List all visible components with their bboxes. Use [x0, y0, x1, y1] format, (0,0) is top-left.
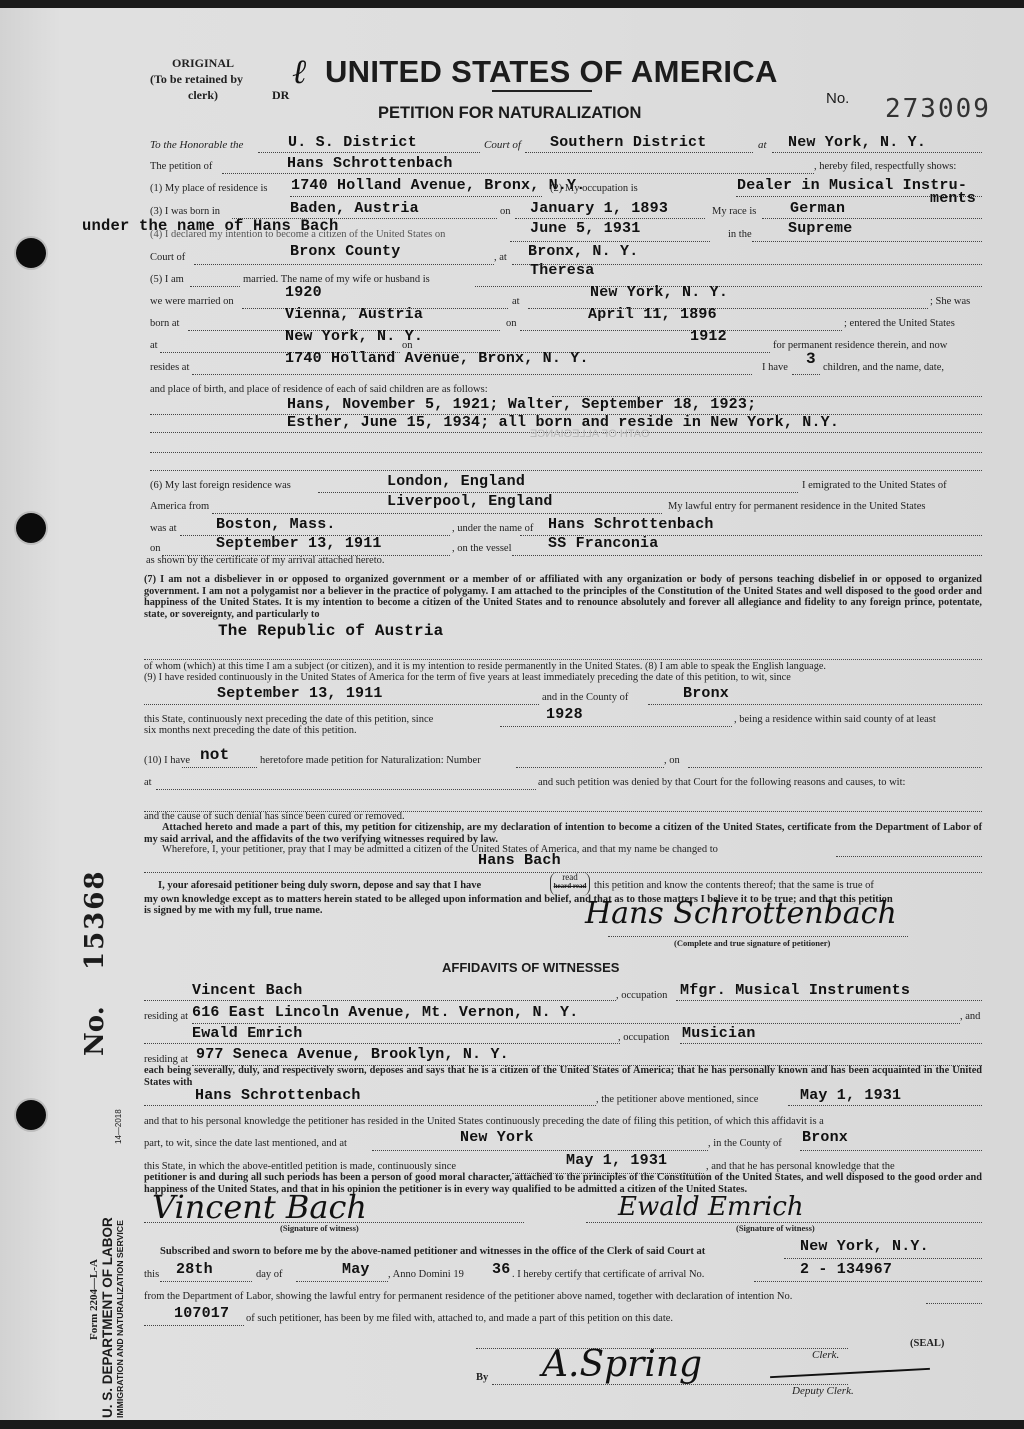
- heard-read-option-struck: heard read: [551, 882, 589, 890]
- married-at-label: at: [512, 296, 520, 307]
- clerk-label: clerk): [188, 88, 218, 103]
- residence-label: (1) My place of residence is: [150, 183, 268, 194]
- emigrated-label: I emigrated to the United States of: [802, 480, 947, 491]
- spouse-residence: 1740 Holland Avenue, Bronx, N. Y.: [285, 350, 589, 367]
- petitioner-signature: Hans Schrottenbach: [585, 896, 897, 931]
- original-label: ORIGINAL: [172, 56, 234, 71]
- seal-label: (SEAL): [910, 1338, 944, 1349]
- witness-1-occupation-label: , occupation: [616, 990, 667, 1001]
- entry-on-label-2: on: [150, 543, 161, 554]
- title-rule: [492, 90, 592, 92]
- county-value: Bronx: [683, 685, 729, 702]
- emigrated-from: Liverpool, England: [387, 493, 553, 510]
- denied-label: and such petition was denied by that Cou…: [538, 777, 905, 788]
- birth-date-value: January 1, 1893: [530, 200, 668, 217]
- court-type: U. S. District: [288, 134, 417, 151]
- spouse-birth-date: April 11, 1896: [588, 306, 717, 323]
- affidavit-petitioner-name: Hans Schrottenbach: [195, 1087, 361, 1104]
- last-residence-label: (6) My last foreign residence was: [150, 480, 291, 491]
- state-suffix: , and that he has personal knowledge tha…: [706, 1161, 895, 1172]
- prior-at-label: at: [144, 777, 152, 788]
- certify-label: . I hereby certify that certificate of a…: [512, 1269, 704, 1280]
- witness-2-signature-caption: (Signature of witness): [736, 1223, 815, 1233]
- state-since-label: this State, continuously next preceding …: [144, 714, 433, 725]
- spouse-born-label: born at: [150, 318, 179, 329]
- race-value: German: [790, 200, 845, 217]
- petition-number: 273009: [885, 94, 991, 124]
- children-line-1: Hans, November 5, 1921; Walter, Septembe…: [287, 396, 756, 413]
- allegiance-paragraph: (7) I am not a disbeliever in or opposed…: [144, 574, 982, 620]
- court-of-label: Court of: [484, 139, 521, 151]
- being-label: , being a residence within said county o…: [734, 714, 936, 725]
- court-district: Southern District: [550, 134, 706, 151]
- six-months-label: six months next preceding the date of th…: [144, 725, 357, 736]
- witness-2-address: 977 Seneca Avenue, Brooklyn, N. Y.: [196, 1046, 509, 1063]
- department-name: U. S. DEPARTMENT OF LABOR: [100, 1217, 115, 1418]
- jurat-place: New York, N.Y.: [800, 1238, 929, 1255]
- witness-1-residing-label: residing at: [144, 1011, 188, 1022]
- vessel-label: , on the vessel: [452, 543, 512, 554]
- attached-paragraph: Attached hereto and made a part of this,…: [144, 822, 982, 845]
- from-department-label: from the Department of Labor, showing th…: [144, 1291, 792, 1302]
- read-heard-bracket: read heard read: [550, 872, 590, 896]
- bleed-through-text: OATH OF ALLEGIANCE: [530, 428, 650, 440]
- witness-1-name: Vincent Bach: [192, 982, 302, 999]
- naturalization-petition-page: ORIGINAL (To be retained by clerk) DR ℓ …: [0, 8, 1024, 1420]
- spouse-name-label: married. The name of my wife or husband …: [243, 274, 430, 285]
- affidavits-title: AFFIDAVITS OF WITNESSES: [442, 960, 619, 975]
- witness-1-address: 616 East Lincoln Avenue, Mt. Vernon, N. …: [192, 1004, 578, 1021]
- resides-label: resides at: [150, 362, 189, 373]
- number-label: No.: [826, 90, 849, 107]
- by-label: By: [476, 1372, 488, 1383]
- clerk-signature-flourish: [770, 1368, 930, 1378]
- children-count: 3: [806, 350, 816, 368]
- residence-statement: (9) I have resided continuously in the U…: [144, 672, 982, 684]
- to-honorable-label: To the Honorable the: [150, 139, 243, 151]
- was-at-label: was at: [150, 523, 177, 534]
- entered-at-label: at: [150, 340, 158, 351]
- print-code: 14—2018: [114, 1109, 123, 1144]
- state-since-label-2: this State, in which the above-entitled …: [144, 1161, 456, 1172]
- children-label: children, and the name, date,: [823, 362, 944, 373]
- america-from-label: America from: [150, 501, 209, 512]
- married-label: (5) I am: [150, 274, 184, 285]
- jurat-day: 28th: [176, 1261, 213, 1278]
- oath-prefix: I, your aforesaid petitioner being duly …: [158, 880, 481, 891]
- anno-domini-label: , Anno Domini 19: [388, 1269, 464, 1280]
- declaration-place: Bronx, N. Y.: [528, 243, 638, 260]
- witness-1-signature: Vincent Bach: [152, 1188, 367, 1226]
- court-of-label-2: Court of: [150, 252, 185, 263]
- sovereign-value: The Republic of Austria: [218, 622, 443, 640]
- i-have-label: I have: [762, 362, 788, 373]
- witness-sworn-paragraph: each being severally, duly, and respecti…: [144, 1065, 982, 1088]
- document-subtitle: PETITION FOR NATURALIZATION: [378, 104, 641, 123]
- jurat-month: May: [342, 1261, 370, 1278]
- wherefore-label: Wherefore, I, your petitioner, pray that…: [162, 844, 718, 855]
- born-label: (3) I was born in: [150, 206, 220, 217]
- read-option: read: [551, 872, 589, 882]
- spouse-on-label: on: [506, 318, 517, 329]
- subject-statement: of whom (which) at this time I am a subj…: [144, 661, 982, 673]
- at-label: at: [758, 139, 767, 151]
- form-number: Form 2204—L-A: [88, 1259, 100, 1340]
- subscribed-label: Subscribed and sworn to before me by the…: [160, 1246, 705, 1257]
- marriage-place: New York, N. Y.: [590, 284, 728, 301]
- race-label: My race is: [712, 206, 756, 217]
- court-location: New York, N. Y.: [788, 134, 926, 151]
- county-label: and in the County of: [542, 692, 628, 703]
- prior-have-label: (10) I have: [144, 755, 190, 766]
- entry-name: Hans Schrottenbach: [548, 516, 714, 533]
- oath-line-3: is signed by me with my full, true name.: [144, 905, 323, 916]
- witness-2-occupation-label: , occupation: [618, 1032, 669, 1043]
- us-residence-since: September 13, 1911: [217, 685, 383, 702]
- marriage-date: 1920: [285, 284, 322, 301]
- occupation-label: (2) My occupation is: [550, 183, 638, 194]
- entry-port: Boston, Mass.: [216, 516, 336, 533]
- petitioner-name: Hans Schrottenbach: [287, 155, 453, 172]
- file-number-label: No.: [80, 1006, 110, 1056]
- certificate-label: as shown by the certificate of my arriva…: [146, 555, 384, 566]
- heretofore-label: heretofore made petition for Naturalizat…: [260, 755, 481, 766]
- and-label: , and: [960, 1011, 980, 1022]
- punch-hole: [16, 513, 46, 543]
- petitioner-signature-caption: (Complete and true signature of petition…: [674, 938, 830, 948]
- known-since-value: May 1, 1931: [800, 1087, 901, 1104]
- certificate-number: 2 - 134967: [800, 1261, 892, 1278]
- service-name: IMMIGRATION AND NATURALIZATION SERVICE: [115, 1220, 125, 1418]
- clerk-label: Clerk.: [812, 1349, 839, 1361]
- birthplace-value: Baden, Austria: [290, 200, 419, 217]
- affidavit-county-label: , in the County of: [708, 1138, 782, 1149]
- witness-2-name: Ewald Emrich: [192, 1025, 302, 1042]
- witness-2-signature: Ewald Emrich: [618, 1192, 804, 1222]
- witness-1-signature-caption: (Signature of witness): [280, 1223, 359, 1233]
- declaration-date: June 5, 1931: [530, 220, 640, 237]
- this-label: this: [144, 1269, 159, 1280]
- in-the-label: in the: [728, 229, 752, 240]
- filed-label: , hereby filed, respectfully shows:: [814, 161, 956, 172]
- county-since: 1928: [546, 706, 583, 723]
- declaration-county: Bronx County: [290, 243, 400, 260]
- clerk-signature: A.Spring: [542, 1344, 702, 1385]
- residence-value: 1740 Holland Avenue, Bronx, N.Y.: [291, 177, 585, 194]
- spouse-birthplace: Vienna, Austria: [285, 306, 423, 323]
- petition-of-label: The petition of: [150, 161, 212, 172]
- jurat-year: 36: [492, 1261, 510, 1278]
- witness-2-occupation: Musician: [682, 1025, 756, 1042]
- affidavit-place: New York: [460, 1129, 534, 1146]
- on-label: on: [500, 206, 511, 217]
- witness-1-occupation: Mfgr. Musical Instruments: [680, 982, 910, 999]
- she-was-label: ; She was: [930, 296, 970, 307]
- state-since-value: May 1, 1931: [566, 1152, 667, 1169]
- entry-date: September 13, 1911: [216, 535, 382, 552]
- part-to-wit-label: part, to wit, since the date last mentio…: [144, 1138, 347, 1149]
- spouse-name: Theresa: [530, 262, 594, 279]
- declared-label: (4) I declared my intention to become a …: [150, 229, 445, 240]
- married-on-label: we were married on: [150, 296, 234, 307]
- day-of-label: day of: [256, 1269, 283, 1280]
- punch-hole: [16, 238, 46, 268]
- declaration-number: 107017: [174, 1305, 229, 1322]
- permanent-label: for permanent residence therein, and now: [773, 340, 947, 351]
- prior-on-label: , on: [664, 755, 680, 766]
- affidavit-county: Bronx: [802, 1129, 848, 1146]
- last-residence: London, England: [387, 473, 525, 490]
- children-intro: and place of birth, and place of residen…: [150, 384, 488, 395]
- retained-label: (To be retained by: [150, 72, 243, 87]
- prior-have-value: not: [200, 746, 229, 764]
- dr-mark: DR: [272, 88, 289, 103]
- punch-hole: [16, 1100, 46, 1130]
- under-name-label: , under the name of: [452, 523, 533, 534]
- known-since-label: , the petitioner above mentioned, since: [596, 1094, 758, 1105]
- declaration-court: Supreme: [788, 220, 852, 237]
- deputy-clerk-label: Deputy Clerk.: [792, 1385, 854, 1397]
- at-label-2: , at: [494, 252, 507, 263]
- occupation-continuation: ments: [930, 190, 976, 207]
- entered-label: ; entered the United States: [844, 318, 955, 329]
- witness-2-residing-label: residing at: [144, 1054, 188, 1065]
- spouse-entry-year: 1912: [690, 328, 727, 345]
- file-number: 15368: [80, 870, 110, 970]
- document-title: UNITED STATES OF AMERICA: [325, 54, 778, 90]
- vessel-name: SS Franconia: [548, 535, 658, 552]
- cured-label: and the cause of such denial has since b…: [144, 811, 405, 822]
- lawful-entry-label: My lawful entry for permanent residence …: [668, 501, 925, 512]
- oath-suffix: this petition and know the contents ther…: [594, 880, 874, 891]
- knowledge-line: and that to his personal knowledge the p…: [144, 1116, 824, 1127]
- handwritten-mark: ℓ: [292, 52, 306, 92]
- filed-attached-label: of such petitioner, has been by me filed…: [246, 1313, 673, 1324]
- new-name: Hans Bach: [478, 852, 561, 869]
